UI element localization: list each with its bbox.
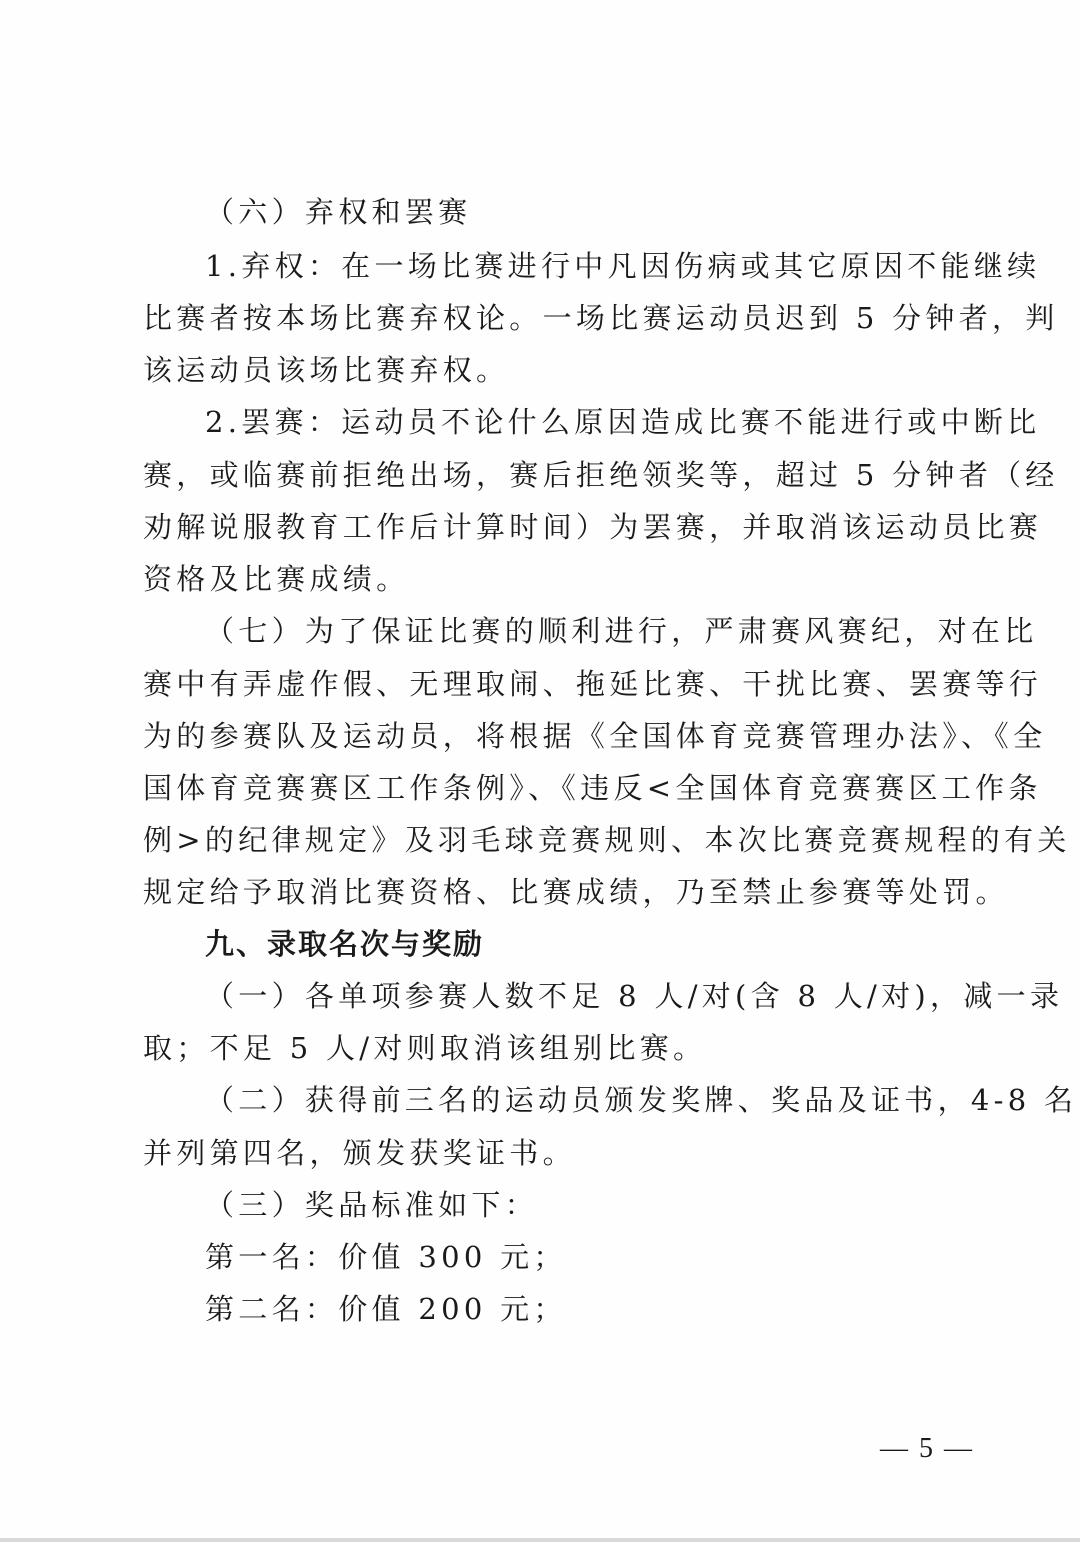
text-line: 第一名：价值 300 元； <box>205 1239 567 1275</box>
section-heading: 九、录取名次与奖励 <box>205 926 484 962</box>
text-line: （一）各单项参赛人数不足 8 人/对(含 8 人/对)，减一录 <box>205 978 1063 1014</box>
text-line: 资格及比赛成绩。 <box>143 561 409 597</box>
text-line: 劝解说服教育工作后计算时间）为罢赛，并取消该运动员比赛 <box>143 509 1042 545</box>
document-page: （六）弃权和罢赛1.弃权：在一场比赛进行中凡因伤病或其它原因不能继续比赛者按本场… <box>0 0 1080 1538</box>
text-line: 国体育竞赛赛区工作条例》、《违反<全国体育竞赛赛区工作条 <box>143 770 1042 806</box>
text-line: 1.弃权：在一场比赛进行中凡因伤病或其它原因不能继续 <box>205 248 1040 284</box>
text-line: （七）为了保证比赛的顺利进行，严肃赛风赛纪，对在比 <box>205 613 1038 649</box>
text-line: 为的参赛队及运动员，将根据《全国体育竞赛管理办法》、《全 <box>143 718 1046 754</box>
text-line: 并列第四名，颁发获奖证书。 <box>143 1135 576 1171</box>
text-line: 比赛者按本场比赛弃权论。一场比赛运动员迟到 5 分钟者，判 <box>143 300 1059 336</box>
text-line: 取；不足 5 人/对则取消该组别比赛。 <box>143 1030 706 1066</box>
text-line: 规定给予取消比赛资格、比赛成绩，乃至禁止参赛等处罚。 <box>143 874 1009 910</box>
text-line: 赛，或临赛前拒绝出场，赛后拒绝领奖等，超过 5 分钟者（经 <box>143 457 1059 493</box>
text-line: 例>的纪律规定》及羽毛球竞赛规则、本次比赛竞赛规程的有关 <box>143 822 1071 858</box>
text-line: （六）弃权和罢赛 <box>205 194 471 230</box>
text-line: （二）获得前三名的运动员颁发奖牌、奖品及证书，4-8 名 <box>205 1082 1077 1118</box>
text-line: 赛中有弄虚作假、无理取闹、拖延比赛、干扰比赛、罢赛等行 <box>143 666 1042 702</box>
page-bottom-border <box>0 1538 1080 1542</box>
text-line: 该运动员该场比赛弃权。 <box>143 352 509 388</box>
text-line: 2.罢赛：运动员不论什么原因造成比赛不能进行或中断比 <box>205 404 1040 440</box>
page-number: — 5 — <box>880 1432 974 1466</box>
text-line: 第二名：价值 200 元； <box>205 1291 567 1327</box>
text-line: （三）奖品标准如下： <box>205 1187 538 1223</box>
